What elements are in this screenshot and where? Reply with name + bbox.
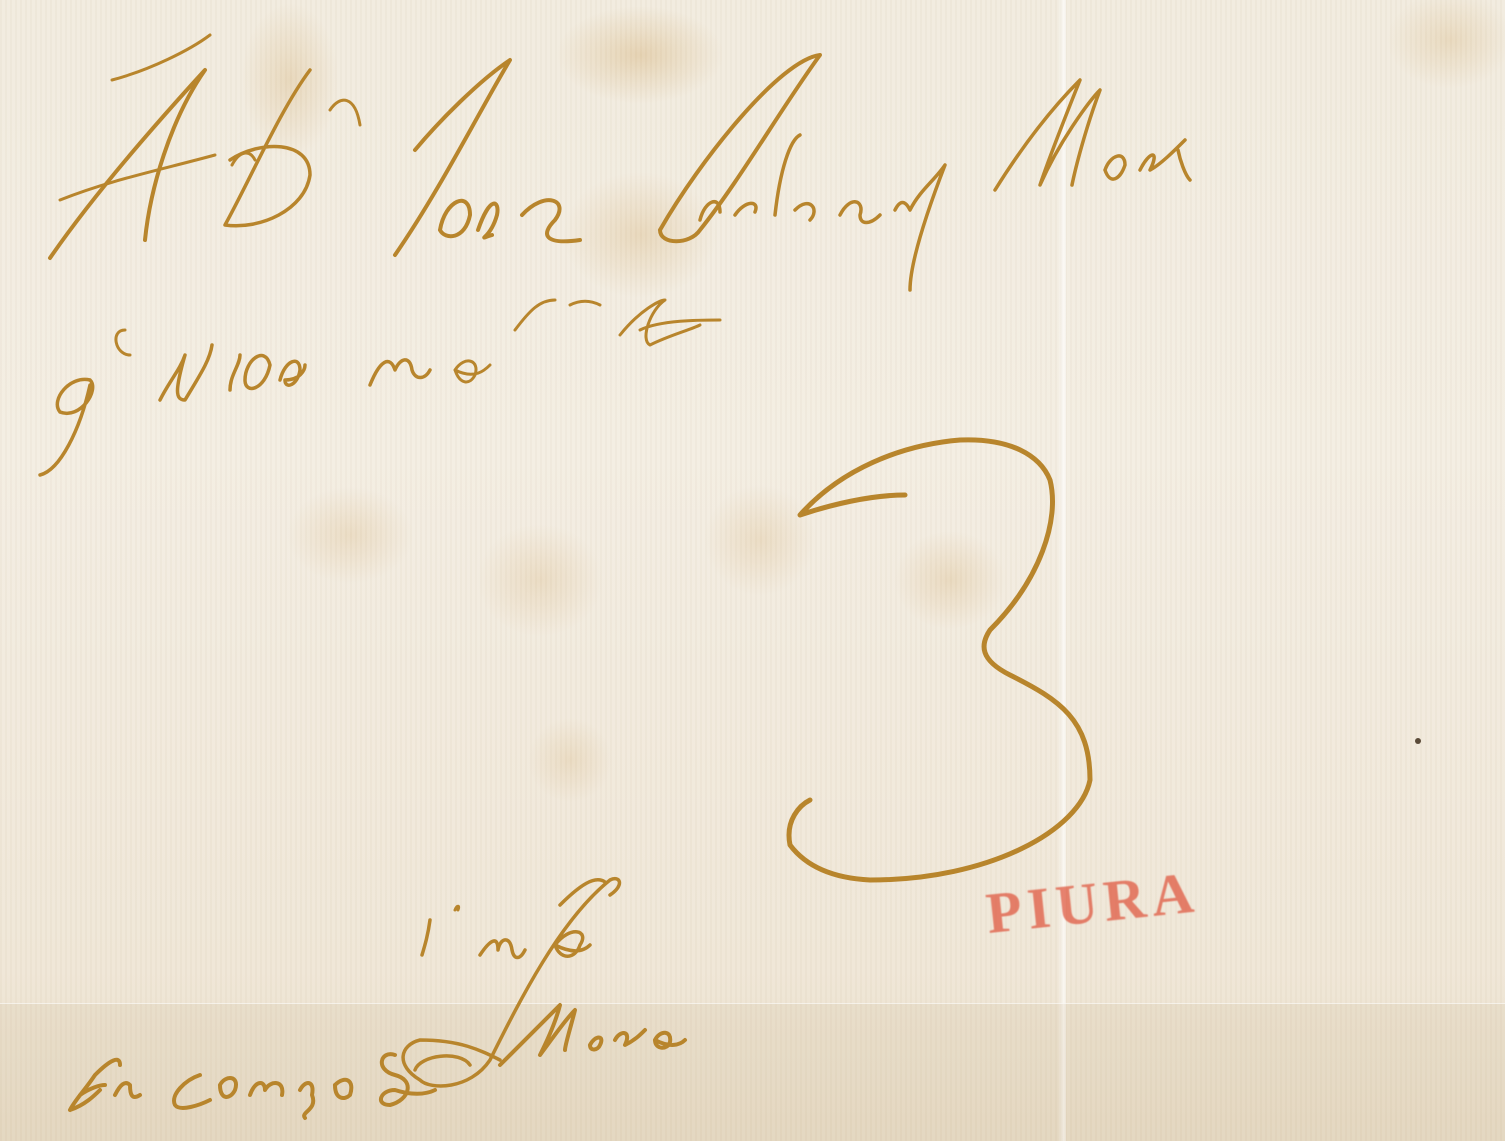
address-line-1-ink <box>50 35 1190 290</box>
address-line-2-ink <box>40 300 720 475</box>
letter-cover: PIURA A D.n Jose Jordan y Mosti q.e viva… <box>0 0 1505 1141</box>
ink-speck <box>1415 738 1421 744</box>
endorsement-ink <box>70 1005 685 1118</box>
rate-marking-ink <box>789 440 1090 880</box>
handwriting-ink <box>0 0 1505 1141</box>
